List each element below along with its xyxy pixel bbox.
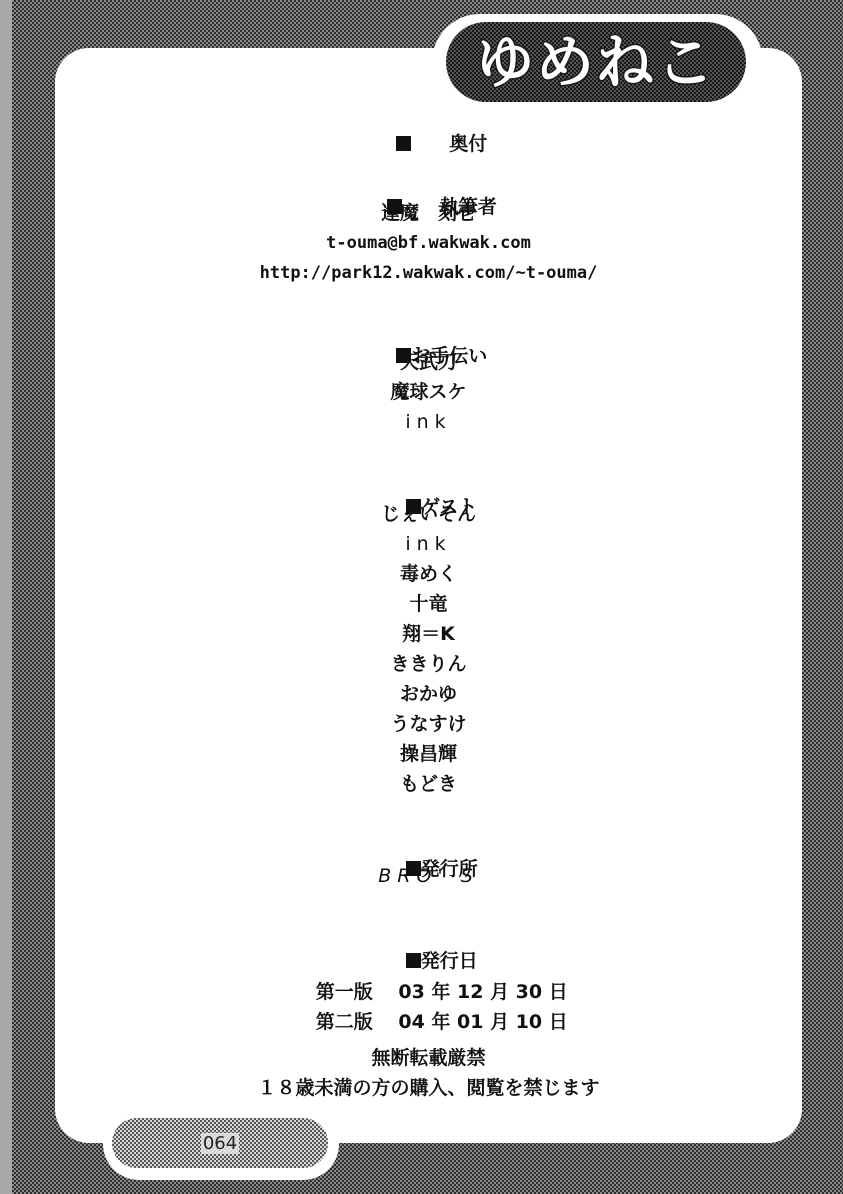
page-number-badge: 064 [112, 1118, 328, 1168]
author-name: 逢魔 刻壱 [55, 201, 802, 225]
guest-name: もどき [55, 772, 802, 796]
logo-title: ゆめねこ [476, 33, 716, 91]
guest-name: 翔＝K [55, 622, 802, 646]
guest-name: ききりん [55, 652, 802, 676]
guest-name: じぇいそん [55, 502, 802, 526]
colophon-title: 奥付 [55, 108, 802, 180]
guest-name: うなすけ [55, 712, 802, 736]
guest-name: ink [55, 532, 802, 556]
guest-name: 十竜 [55, 592, 802, 616]
assistant-name: 天武刃 [55, 350, 802, 374]
author-url[interactable]: http://park12.wakwak.com/~t-ouma/ [55, 261, 802, 285]
guest-name: 操昌輝 [55, 742, 802, 766]
page-edge-strip [0, 0, 12, 1194]
assistant-name: 魔球スケ [55, 380, 802, 404]
publisher-name: BRO' S [55, 864, 802, 888]
logo-badge-icon: ゆめねこ [446, 22, 746, 102]
guest-name: 毒めく [55, 562, 802, 586]
square-bullet-icon [396, 136, 411, 151]
guest-name: おかゆ [55, 682, 802, 706]
assistant-name: ink [55, 410, 802, 434]
age-restriction-notice: １８歳未満の方の購入、閲覧を禁じます [55, 1076, 802, 1100]
page-number: 064 [201, 1133, 239, 1154]
author-email[interactable]: t-ouma@bf.wakwak.com [55, 231, 802, 255]
edition-date: 04 年 01 月 10 日 [398, 1011, 567, 1033]
edition-label: 第二版 [316, 1011, 373, 1033]
reproduction-notice: 無断転載厳禁 [55, 1046, 802, 1070]
